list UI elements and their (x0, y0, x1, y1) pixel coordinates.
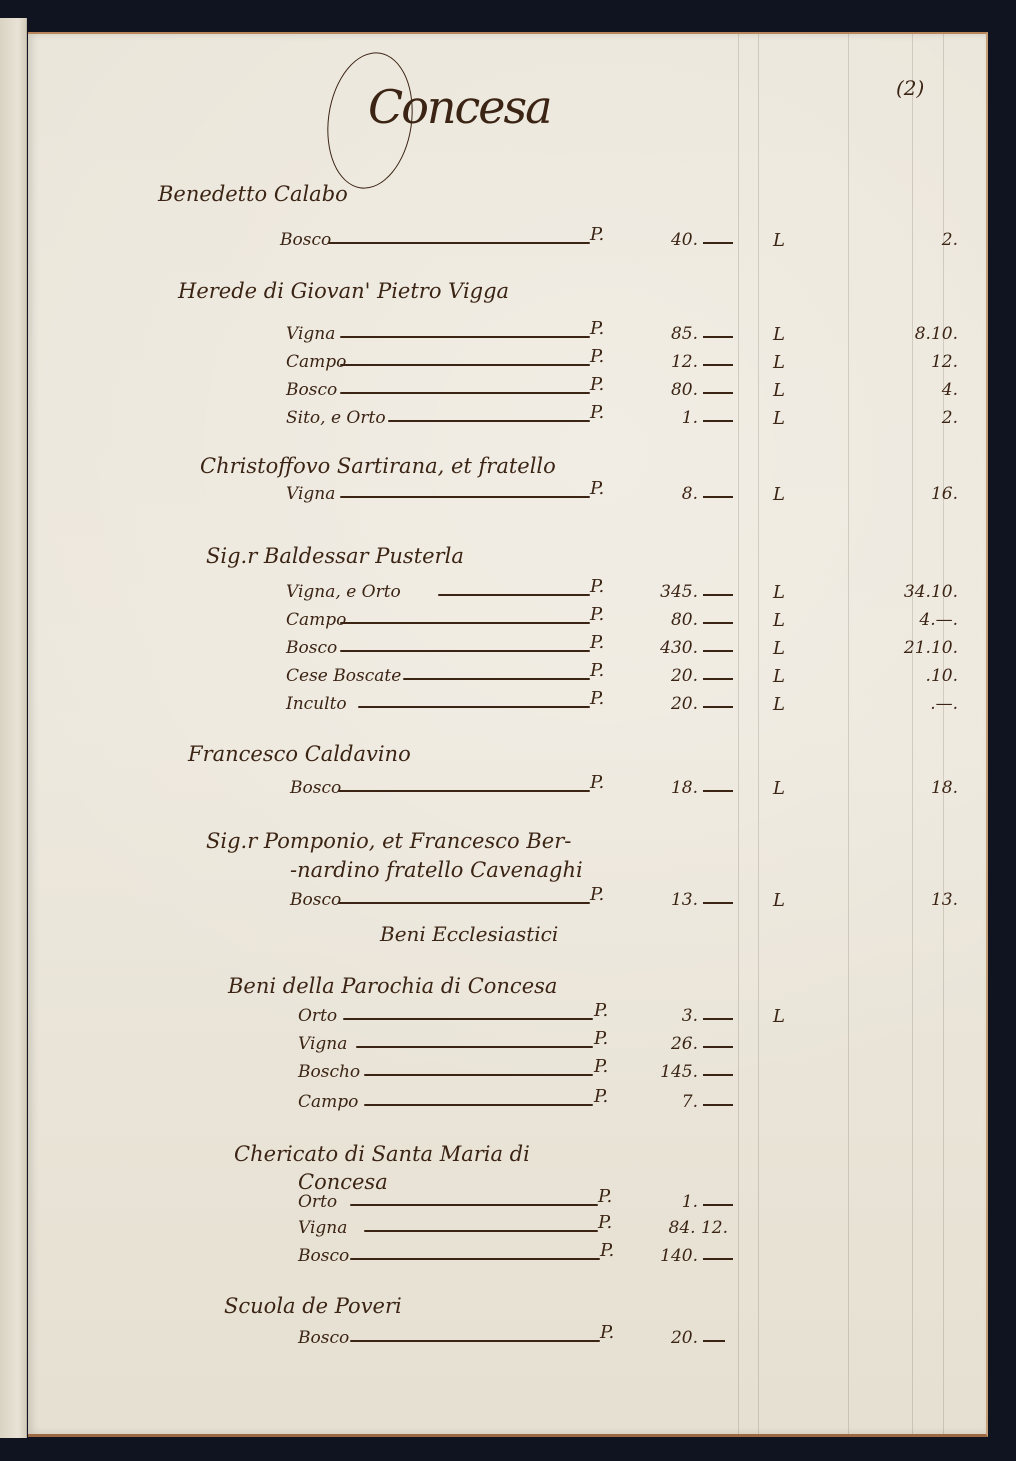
ledger-row: Vigna P. 26. (28, 1034, 986, 1060)
currency-marker: L (773, 408, 785, 429)
item-label: Bosco (290, 890, 341, 910)
ledger-row: Inculto P. 20. L .—. (28, 694, 986, 720)
value: 21.10. (818, 638, 958, 658)
unit-marker: P. (590, 660, 604, 681)
currency-marker: L (773, 324, 785, 345)
dash (703, 496, 733, 498)
quantity: 84. 12. (608, 1218, 728, 1238)
value: 2. (818, 408, 958, 428)
value: .—. (818, 694, 958, 714)
dash (703, 1046, 733, 1048)
quantity: 430. (608, 638, 698, 658)
ledger-row: Bosco P. 40. L 2. (28, 230, 986, 256)
dash (703, 650, 733, 652)
quantity: 12. (608, 352, 698, 372)
item-label: Boscho (298, 1062, 360, 1082)
folio-number: (2) (896, 76, 924, 100)
item-label: Orto (298, 1192, 337, 1212)
ledger-row: Bosco P. 18. L 18. (28, 778, 986, 804)
page-title: Concesa (328, 52, 528, 202)
dash (703, 420, 733, 422)
title-text: Concesa (368, 80, 551, 134)
item-label: Bosco (286, 638, 337, 658)
leader-line (340, 650, 590, 652)
currency-marker: L (773, 666, 785, 687)
leader-line (438, 594, 590, 596)
quantity: 80. (608, 610, 698, 630)
ledger-row: Vigna P. 84. 12. (28, 1218, 986, 1244)
owner-name: Francesco Caldavino (188, 742, 411, 766)
quantity: 40. (608, 230, 698, 250)
leader-line (340, 496, 590, 498)
leader-line (356, 1046, 593, 1048)
item-label: Campo (298, 1092, 358, 1112)
quantity: 18. (608, 778, 698, 798)
leader-line (338, 790, 590, 792)
manuscript-page: Concesa (2) Benedetto Calabo Bosco P. 40… (28, 32, 988, 1437)
currency-marker: L (773, 380, 785, 401)
unit-marker: P. (590, 318, 604, 339)
ledger-row: Vigna, e Orto P. 345. L 34.10. (28, 582, 986, 608)
owner-name: Scuola de Poveri (224, 1294, 402, 1318)
leader-line (340, 392, 590, 394)
owner-name-line1: Chericato di Santa Maria di (234, 1142, 530, 1166)
item-label: Vigna (298, 1034, 347, 1054)
quantity: 1. (608, 408, 698, 428)
owner-name: Sig.r Baldessar Pusterla (206, 544, 464, 568)
value: 34.10. (818, 582, 958, 602)
ledger-row: Campo P. 80. L 4.—. (28, 610, 986, 636)
dash (703, 706, 733, 708)
currency-marker: L (773, 1006, 785, 1027)
owner-name: Herede di Giovan' Pietro Vigga (178, 279, 509, 303)
dash (703, 622, 733, 624)
leader-line (350, 1204, 598, 1206)
unit-marker: P. (590, 576, 604, 597)
item-label: Inculto (286, 694, 347, 714)
dash (703, 1204, 733, 1206)
item-label: Campo (286, 610, 346, 630)
leader-line (340, 622, 590, 624)
value: 4. (818, 380, 958, 400)
quantity: 3. (608, 1006, 698, 1026)
unit-marker: P. (590, 224, 604, 245)
unit-marker: P. (594, 1028, 608, 1049)
ledger-row: Boscho P. 145. (28, 1062, 986, 1088)
quantity: 26. (608, 1034, 698, 1054)
dash (703, 902, 733, 904)
currency-marker: L (773, 484, 785, 505)
item-label: Cese Boscate (286, 666, 401, 686)
currency-marker: L (773, 778, 785, 799)
currency-marker: L (773, 352, 785, 373)
item-label: Vigna, e Orto (286, 582, 401, 602)
owner-name-line2: -nardino fratello Cavenaghi (290, 858, 583, 882)
item-label: Vigna (286, 324, 335, 344)
dash (703, 1018, 733, 1020)
unit-marker: P. (590, 478, 604, 499)
leader-line (340, 336, 590, 338)
dash (703, 392, 733, 394)
leader-line (338, 902, 590, 904)
ledger-row: Vigna P. 8. L 16. (28, 484, 986, 510)
item-label: Orto (298, 1006, 337, 1026)
dash (703, 594, 733, 596)
leader-line (388, 420, 590, 422)
value: 4.—. (818, 610, 958, 630)
item-label: Bosco (298, 1246, 349, 1266)
value: 8.10. (818, 324, 958, 344)
leader-line (350, 1258, 600, 1260)
dash (703, 1340, 725, 1342)
quantity: 8. (608, 484, 698, 504)
ledger-row: Bosco P. 20. (28, 1328, 986, 1354)
leader-line (364, 1104, 593, 1106)
currency-marker: L (773, 890, 785, 911)
leader-line (364, 1230, 598, 1232)
unit-marker: P. (594, 1086, 608, 1107)
facing-page-edge (0, 18, 27, 1438)
dash (703, 1258, 733, 1260)
item-label: Bosco (286, 380, 337, 400)
quantity: 145. (608, 1062, 698, 1082)
ledger-row: Orto P. 1. (28, 1192, 986, 1218)
ledger-row: Bosco P. 80. L 4. (28, 380, 986, 406)
ledger-row: Bosco P. 140. (28, 1246, 986, 1272)
item-label: Sito, e Orto (286, 408, 386, 428)
unit-marker: P. (590, 346, 604, 367)
ledger-row: Campo P. 7. (28, 1092, 986, 1118)
value: 12. (818, 352, 958, 372)
unit-marker: P. (590, 772, 604, 793)
unit-marker: P. (590, 604, 604, 625)
currency-marker: L (773, 582, 785, 603)
quantity: 13. (608, 890, 698, 910)
quantity: 1. (608, 1192, 698, 1212)
owner-name: Christoffovo Sartirana, et fratello (200, 454, 556, 478)
item-label: Vigna (298, 1218, 347, 1238)
item-label: Bosco (298, 1328, 349, 1348)
dash (703, 678, 733, 680)
quantity: 140. (608, 1246, 698, 1266)
unit-marker: P. (590, 374, 604, 395)
ledger-row: Campo P. 12. L 12. (28, 352, 986, 378)
quantity: 20. (608, 694, 698, 714)
unit-marker: P. (590, 402, 604, 423)
dash (703, 364, 733, 366)
owner-name-line2: Concesa (298, 1170, 388, 1194)
ledger-row: Bosco P. 13. L 13. (28, 890, 986, 916)
value: .10. (818, 666, 958, 686)
unit-marker: P. (590, 688, 604, 709)
ledger-row: Vigna P. 85. L 8.10. (28, 324, 986, 350)
ledger-row: Cese Boscate P. 20. L .10. (28, 666, 986, 692)
quantity: 20. (608, 1328, 698, 1348)
dash (703, 242, 733, 244)
section-heading: Beni Ecclesiastici (380, 922, 558, 946)
item-label: Vigna (286, 484, 335, 504)
dash (703, 1104, 733, 1106)
currency-marker: L (773, 230, 785, 251)
leader-line (350, 1340, 600, 1342)
item-label: Campo (286, 352, 346, 372)
ledger-row: Orto P. 3. L (28, 1006, 986, 1032)
owner-name: Benedetto Calabo (158, 182, 348, 206)
leader-line (358, 706, 590, 708)
currency-marker: L (773, 610, 785, 631)
quantity: 80. (608, 380, 698, 400)
currency-marker: L (773, 638, 785, 659)
currency-marker: L (773, 694, 785, 715)
leader-line (343, 1018, 593, 1020)
quantity: 85. (608, 324, 698, 344)
value: 16. (818, 484, 958, 504)
value: 2. (818, 230, 958, 250)
item-label: Bosco (290, 778, 341, 798)
item-label: Bosco (280, 230, 331, 250)
leader-line (340, 364, 590, 366)
dash (703, 1074, 733, 1076)
value: 13. (818, 890, 958, 910)
leader-line (364, 1074, 593, 1076)
dash (703, 790, 733, 792)
ledger-row: Bosco P. 430. L 21.10. (28, 638, 986, 664)
quantity: 345. (608, 582, 698, 602)
unit-marker: P. (594, 1056, 608, 1077)
quantity: 20. (608, 666, 698, 686)
leader-line (403, 678, 590, 680)
ledger-row: Sito, e Orto P. 1. L 2. (28, 408, 986, 434)
unit-marker: P. (590, 884, 604, 905)
owner-name-line1: Sig.r Pomponio, et Francesco Ber- (206, 829, 571, 853)
value: 18. (818, 778, 958, 798)
dash (703, 336, 733, 338)
leader-line (328, 242, 590, 244)
quantity: 7. (608, 1092, 698, 1112)
unit-marker: P. (590, 632, 604, 653)
owner-name: Beni della Parochia di Concesa (228, 974, 557, 998)
unit-marker: P. (594, 1000, 608, 1021)
